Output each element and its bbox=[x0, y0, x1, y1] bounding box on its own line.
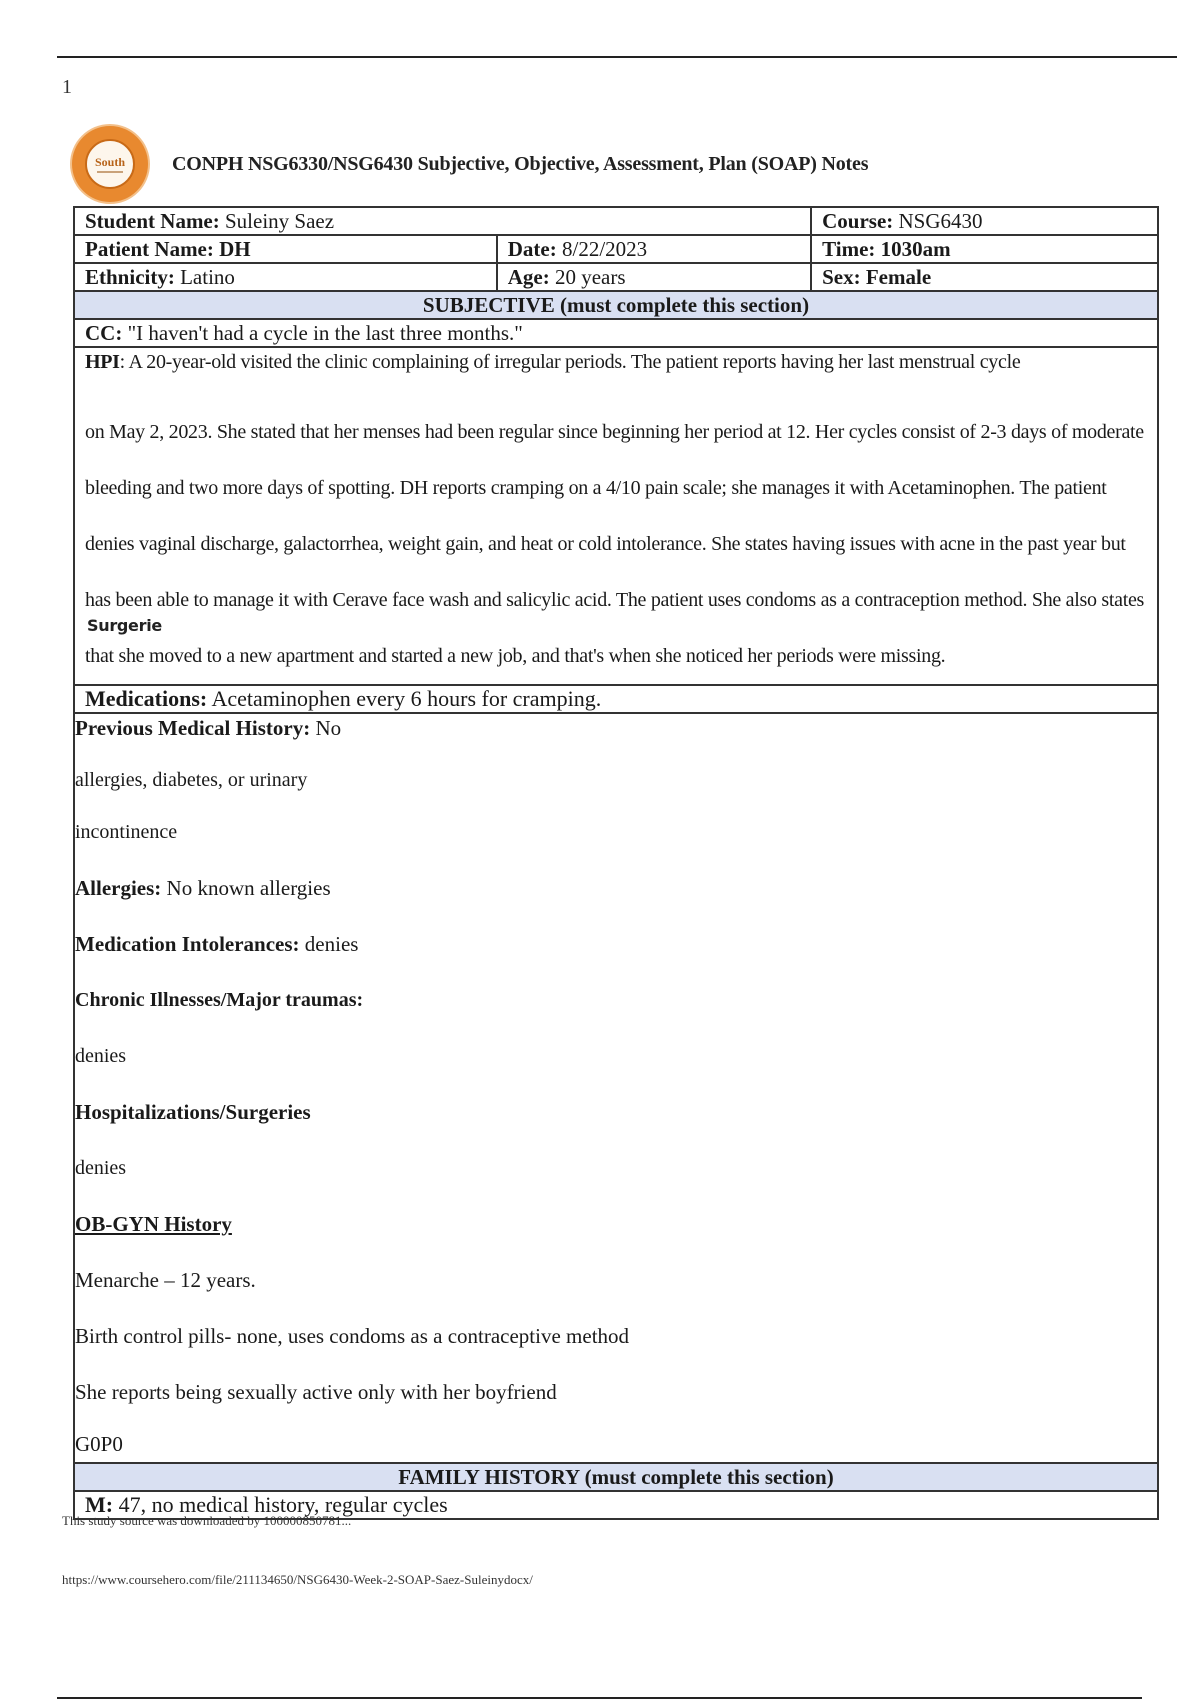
source-url: https://www.coursehero.com/file/21113465… bbox=[62, 1572, 533, 1588]
course-cell: Course: NSG6430 bbox=[811, 207, 1158, 235]
obgyn-item: Birth control pills- none, uses condoms … bbox=[75, 1322, 1157, 1378]
family-history-section-header: FAMILY HISTORY (must complete this secti… bbox=[74, 1463, 1158, 1491]
hospitalizations-label: Hospitalizations/Surgeries bbox=[75, 1098, 1157, 1154]
time-cell: Time: 1030am bbox=[811, 235, 1158, 263]
hospitalizations-value: denies bbox=[75, 1154, 1157, 1210]
obgyn-heading: OB-GYN History bbox=[75, 1210, 1157, 1266]
footer-rule bbox=[57, 1697, 1142, 1699]
sex-cell: Sex: Female bbox=[811, 263, 1158, 291]
medical-history-cell: Previous Medical History: No allergies, … bbox=[74, 713, 1158, 1463]
document-title: CONPH NSG6330/NSG6430 Subjective, Object… bbox=[172, 153, 868, 176]
allergies-line: Allergies: No known allergies bbox=[75, 874, 1157, 930]
header-rule bbox=[57, 56, 1177, 58]
document-header: South CONPH NSG6330/NSG6430 Subjective, … bbox=[72, 124, 868, 204]
chronic-illnesses-label: Chronic Illnesses/Major traumas: bbox=[75, 986, 1157, 1042]
patient-info-table: Student Name: Suleiny Saez Course: NSG64… bbox=[73, 206, 1159, 1520]
hpi-cell: HPI: A 20-year-old visited the clinic co… bbox=[74, 347, 1158, 685]
overlay-fragment: Surgerie bbox=[87, 598, 162, 654]
medications-cell: Medications: Acetaminophen every 6 hours… bbox=[74, 685, 1158, 713]
ethnicity-cell: Ethnicity: Latino bbox=[74, 263, 497, 291]
page-number: 1 bbox=[62, 76, 72, 99]
date-cell: Date: 8/22/2023 bbox=[497, 235, 811, 263]
subjective-section-header: SUBJECTIVE (must complete this section) bbox=[74, 291, 1158, 319]
patient-name-cell: Patient Name: DH bbox=[74, 235, 497, 263]
pmh-line: Previous Medical History: No bbox=[75, 714, 1157, 766]
chief-complaint: CC: "I haven't had a cycle in the last t… bbox=[74, 319, 1158, 347]
age-cell: Age: 20 years bbox=[497, 263, 811, 291]
obgyn-item: Menarche – 12 years. bbox=[75, 1266, 1157, 1322]
download-watermark: This study source was downloaded by 1000… bbox=[62, 1513, 351, 1529]
student-name-cell: Student Name: Suleiny Saez bbox=[74, 207, 811, 235]
chronic-illnesses-value: denies bbox=[75, 1042, 1157, 1098]
college-logo-icon: South bbox=[72, 126, 148, 202]
hpi-text: on May 2, 2023. She stated that her mens… bbox=[85, 421, 1144, 667]
pmh-line: allergies, diabetes, or urinary bbox=[75, 766, 1157, 818]
soap-form: Student Name: Suleiny Saez Course: NSG64… bbox=[73, 206, 1159, 1520]
pmh-line: incontinence bbox=[75, 818, 1157, 874]
logo-text: South bbox=[95, 156, 125, 168]
obgyn-item: G0P0 bbox=[75, 1430, 1157, 1462]
obgyn-item: She reports being sexually active only w… bbox=[75, 1378, 1157, 1430]
medication-intolerances-line: Medication Intolerances: denies bbox=[75, 930, 1157, 986]
